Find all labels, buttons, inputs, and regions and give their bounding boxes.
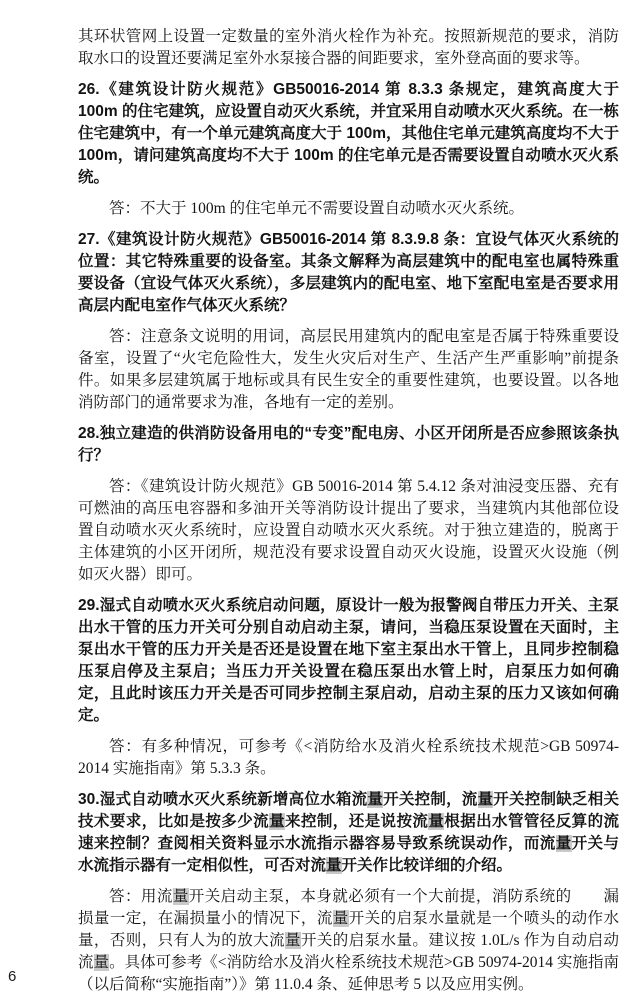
question-26: 26.《建筑设计防火规范》GB50016-2014 第 8.3.3 条规定，建筑… (78, 79, 619, 189)
search-highlight: 量 (333, 910, 349, 927)
search-highlight: 量 (556, 835, 572, 852)
search-highlight: 量 (269, 813, 285, 830)
search-highlight: 量 (173, 888, 189, 905)
search-highlight: 量 (94, 954, 110, 971)
answer-26: 答：不大于 100m 的住宅单元不需要设置自动喷水灭火系统。 (78, 198, 619, 220)
search-highlight: 量 (478, 791, 494, 808)
answer-27: 答：注意条文说明的用词，高层民用建筑内的配电室是否属于特殊重要设备室，设置了“火… (78, 326, 619, 414)
question-27: 27.《建筑设计防火规范》GB50016-2014 第 8.3.9.8 条：宜设… (78, 229, 619, 317)
search-highlight: 量 (285, 932, 301, 949)
document-page: 其环状管网上设置一定数量的室外消火栓作为补充。按照新规范的要求，消防取水口的设置… (0, 0, 640, 997)
question-30: 30.湿式自动喷水灭火系统新增高位水箱流量开关控制，流量开关控制缺乏相关技术要求… (78, 789, 619, 877)
search-highlight: 量 (367, 791, 383, 808)
answer-29: 答：有多种情况，可参考《<消防给水及消火栓系统技术规范>GB 50974-201… (78, 736, 619, 780)
search-highlight: 量 (428, 813, 444, 830)
question-28: 28.独立建造的供消防设备用电的“专变”配电房、小区开闭所是否应参照该条执行？ (78, 423, 619, 467)
search-highlight: 量 (326, 857, 342, 874)
answer-continuation: 其环状管网上设置一定数量的室外消火栓作为补充。按照新规范的要求，消防取水口的设置… (78, 26, 619, 70)
question-29: 29.湿式自动喷水灭火系统启动问题，原设计一般为报警阀自带压力开关、主泵出水干管… (78, 595, 619, 727)
answer-28: 答：《建筑设计防火规范》GB 50016-2014 第 5.4.12 条对油浸变… (78, 476, 619, 586)
answer-30: 答：用流量开关启动主泵，本身就必须有一个大前提，消防系统的 漏损量一定，在漏损量… (78, 886, 619, 996)
document-body: 其环状管网上设置一定数量的室外消火栓作为补充。按照新规范的要求，消防取水口的设置… (78, 26, 619, 997)
page-number: 6 (8, 968, 16, 985)
